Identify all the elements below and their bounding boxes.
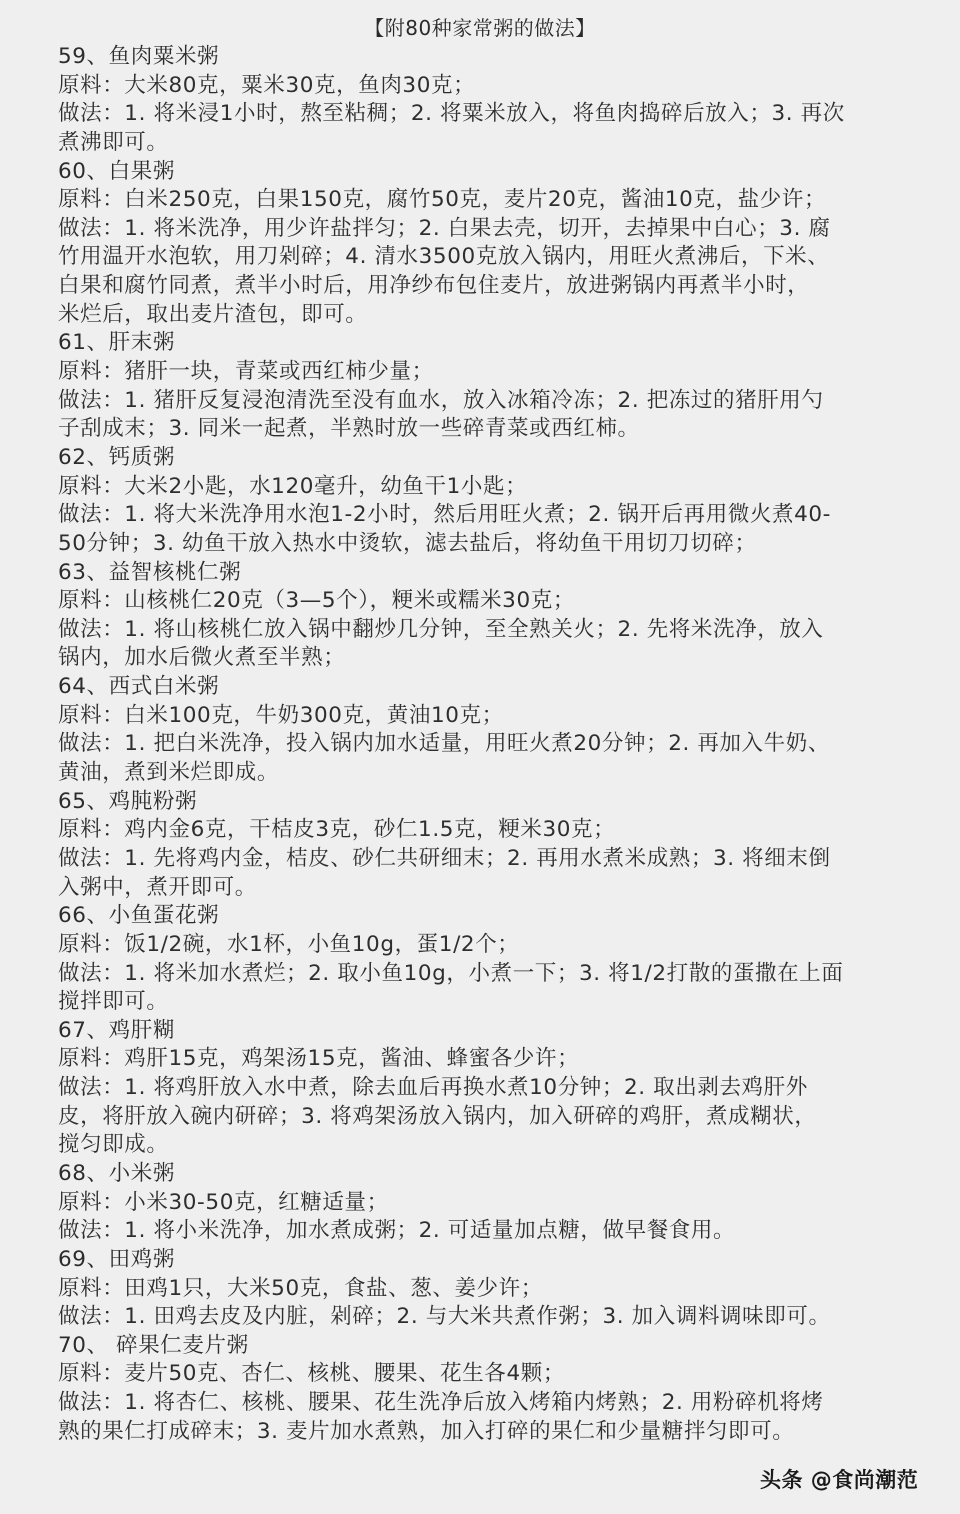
recipe-ingredients: 原料：鸡内金6克，干桔皮3克，砂仁1.5克，粳米30克；: [58, 816, 928, 845]
recipe-62: 62、钙质粥 原料：大米2小匙，水120毫升，幼鱼干1小匙； 做法：1. 将大米…: [58, 444, 928, 559]
recipe-ingredients: 原料：鸡肝15克，鸡架汤15克，酱油、蜂蜜各少许；: [58, 1045, 928, 1074]
recipe-61: 61、肝末粥 原料：猪肝一块，青菜或西红柿少量； 做法：1. 猪肝反复浸泡清洗至…: [58, 329, 928, 444]
recipe-ingredients: 原料：白米250克，白果150克，腐竹50克，麦片20克，酱油10克，盐少许；: [58, 186, 928, 215]
recipe-ingredients: 原料：猪肝一块，青菜或西红柿少量；: [58, 358, 928, 387]
document-title: 【附80种家常粥的做法】: [0, 14, 960, 42]
recipe-title: 68、小米粥: [58, 1160, 928, 1189]
recipe-ingredients: 原料：大米80克，粟米30克，鱼肉30克；: [58, 72, 928, 101]
recipe-title: 63、益智核桃仁粥: [58, 559, 928, 588]
recipe-method-cont: 黄油，煮到米烂即成。: [58, 759, 928, 788]
recipe-ingredients: 原料：大米2小匙，水120毫升，幼鱼干1小匙；: [58, 473, 928, 502]
recipe-method-cont: 熟的果仁打成碎末；3. 麦片加水煮熟，加入打碎的果仁和少量糖拌匀即可。: [58, 1418, 928, 1447]
recipe-ingredients: 原料：麦片50克、杏仁、核桃、腰果、花生各4颗；: [58, 1360, 928, 1389]
recipe-method-cont: 搅匀即成。: [58, 1131, 928, 1160]
recipe-method: 做法：1. 将山核桃仁放入锅中翻炒几分钟，至全熟关火；2. 先将米洗净，放入: [58, 616, 928, 645]
recipe-method: 做法：1. 将小米洗净，加水煮成粥；2. 可适量加点糖，做早餐食用。: [58, 1217, 928, 1246]
recipe-63: 63、益智核桃仁粥 原料：山核桃仁20克（3—5个），粳米或糯米30克； 做法：…: [58, 559, 928, 674]
recipe-method-cont: 竹用温开水泡软，用刀剁碎；4. 清水3500克放入锅内，用旺火煮沸后，下米、: [58, 243, 928, 272]
recipe-ingredients: 原料：白米100克，牛奶300克，黄油10克；: [58, 702, 928, 731]
recipe-ingredients: 原料：小米30-50克，红糖适量；: [58, 1189, 928, 1218]
recipe-method: 做法：1. 将杏仁、核桃、腰果、花生洗净后放入烤箱内烤熟；2. 用粉碎机将烤: [58, 1389, 928, 1418]
recipe-method-cont: 煮沸即可。: [58, 129, 928, 158]
recipe-title: 65、鸡肫粉粥: [58, 788, 928, 817]
recipe-60: 60、白果粥 原料：白米250克，白果150克，腐竹50克，麦片20克，酱油10…: [58, 158, 928, 330]
recipe-list: 59、鱼肉粟米粥 原料：大米80克，粟米30克，鱼肉30克； 做法：1. 将米浸…: [58, 43, 928, 1446]
recipe-title: 61、肝末粥: [58, 329, 928, 358]
recipe-title: 67、鸡肝糊: [58, 1017, 928, 1046]
recipe-title: 69、田鸡粥: [58, 1246, 928, 1275]
recipe-method-cont: 入粥中，煮开即可。: [58, 874, 928, 903]
recipe-method-cont: 白果和腐竹同煮，煮半小时后，用净纱布包住麦片，放进粥锅内再煮半小时，: [58, 272, 928, 301]
recipe-method: 做法：1. 将米洗净，用少许盐拌匀；2. 白果去壳，切开，去掉果中白心；3. 腐: [58, 215, 928, 244]
recipe-65: 65、鸡肫粉粥 原料：鸡内金6克，干桔皮3克，砂仁1.5克，粳米30克； 做法：…: [58, 788, 928, 903]
recipe-59: 59、鱼肉粟米粥 原料：大米80克，粟米30克，鱼肉30克； 做法：1. 将米浸…: [58, 43, 928, 158]
recipe-title: 70、 碎果仁麦片粥: [58, 1332, 928, 1361]
recipe-method: 做法：1. 将鸡肝放入水中煮，除去血后再换水煮10分钟；2. 取出剥去鸡肝外: [58, 1074, 928, 1103]
recipe-method-cont: 搅拌即可。: [58, 988, 928, 1017]
recipe-method-cont: 子刮成末；3. 同米一起煮，半熟时放一些碎青菜或西红柿。: [58, 415, 928, 444]
recipe-title: 64、西式白米粥: [58, 673, 928, 702]
recipe-ingredients: 原料：饭1/2碗，水1杯，小鱼10g，蛋1/2个；: [58, 931, 928, 960]
recipe-68: 68、小米粥 原料：小米30-50克，红糖适量； 做法：1. 将小米洗净，加水煮…: [58, 1160, 928, 1246]
recipe-ingredients: 原料：田鸡1只，大米50克，食盐、葱、姜少许；: [58, 1275, 928, 1304]
recipe-title: 66、小鱼蛋花粥: [58, 902, 928, 931]
recipe-64: 64、西式白米粥 原料：白米100克，牛奶300克，黄油10克； 做法：1. 把…: [58, 673, 928, 788]
recipe-66: 66、小鱼蛋花粥 原料：饭1/2碗，水1杯，小鱼10g，蛋1/2个； 做法：1.…: [58, 902, 928, 1017]
recipe-method: 做法：1. 将米加水煮烂；2. 取小鱼10g，小煮一下；3. 将1/2打散的蛋撒…: [58, 960, 928, 989]
recipe-method: 做法：1. 把白米洗净，投入锅内加水适量，用旺火煮20分钟；2. 再加入牛奶、: [58, 730, 928, 759]
recipe-title: 60、白果粥: [58, 158, 928, 187]
recipe-title: 62、钙质粥: [58, 444, 928, 473]
recipe-method: 做法：1. 将米浸1小时，熬至粘稠；2. 将粟米放入，将鱼肉捣碎后放入；3. 再…: [58, 100, 928, 129]
recipe-method-cont: 50分钟；3. 幼鱼干放入热水中烫软，滤去盐后，将幼鱼干用切刀切碎；: [58, 530, 928, 559]
recipe-ingredients: 原料：山核桃仁20克（3—5个），粳米或糯米30克；: [58, 587, 928, 616]
recipe-70: 70、 碎果仁麦片粥 原料：麦片50克、杏仁、核桃、腰果、花生各4颗； 做法：1…: [58, 1332, 928, 1447]
recipe-69: 69、田鸡粥 原料：田鸡1只，大米50克，食盐、葱、姜少许； 做法：1. 田鸡去…: [58, 1246, 928, 1332]
recipe-method: 做法：1. 猪肝反复浸泡清洗至没有血水，放入冰箱冷冻；2. 把冻过的猪肝用勺: [58, 387, 928, 416]
source-watermark: 头条 @食尚潮范: [760, 1466, 918, 1494]
recipe-title: 59、鱼肉粟米粥: [58, 43, 928, 72]
recipe-method-cont: 锅内，加水后微火煮至半熟；: [58, 644, 928, 673]
recipe-method: 做法：1. 田鸡去皮及内脏，剁碎；2. 与大米共煮作粥；3. 加入调料调味即可。: [58, 1303, 928, 1332]
recipe-method-cont: 米烂后，取出麦片渣包，即可。: [58, 301, 928, 330]
recipe-67: 67、鸡肝糊 原料：鸡肝15克，鸡架汤15克，酱油、蜂蜜各少许； 做法：1. 将…: [58, 1017, 928, 1160]
recipe-method: 做法：1. 将大米洗净用水泡1-2小时，然后用旺火煮；2. 锅开后再用微火煮40…: [58, 501, 928, 530]
recipe-method: 做法：1. 先将鸡内金，桔皮、砂仁共研细末；2. 再用水煮米成熟；3. 将细末倒: [58, 845, 928, 874]
recipe-method-cont: 皮，将肝放入碗内研碎；3. 将鸡架汤放入锅内，加入研碎的鸡肝，煮成糊状，: [58, 1103, 928, 1132]
